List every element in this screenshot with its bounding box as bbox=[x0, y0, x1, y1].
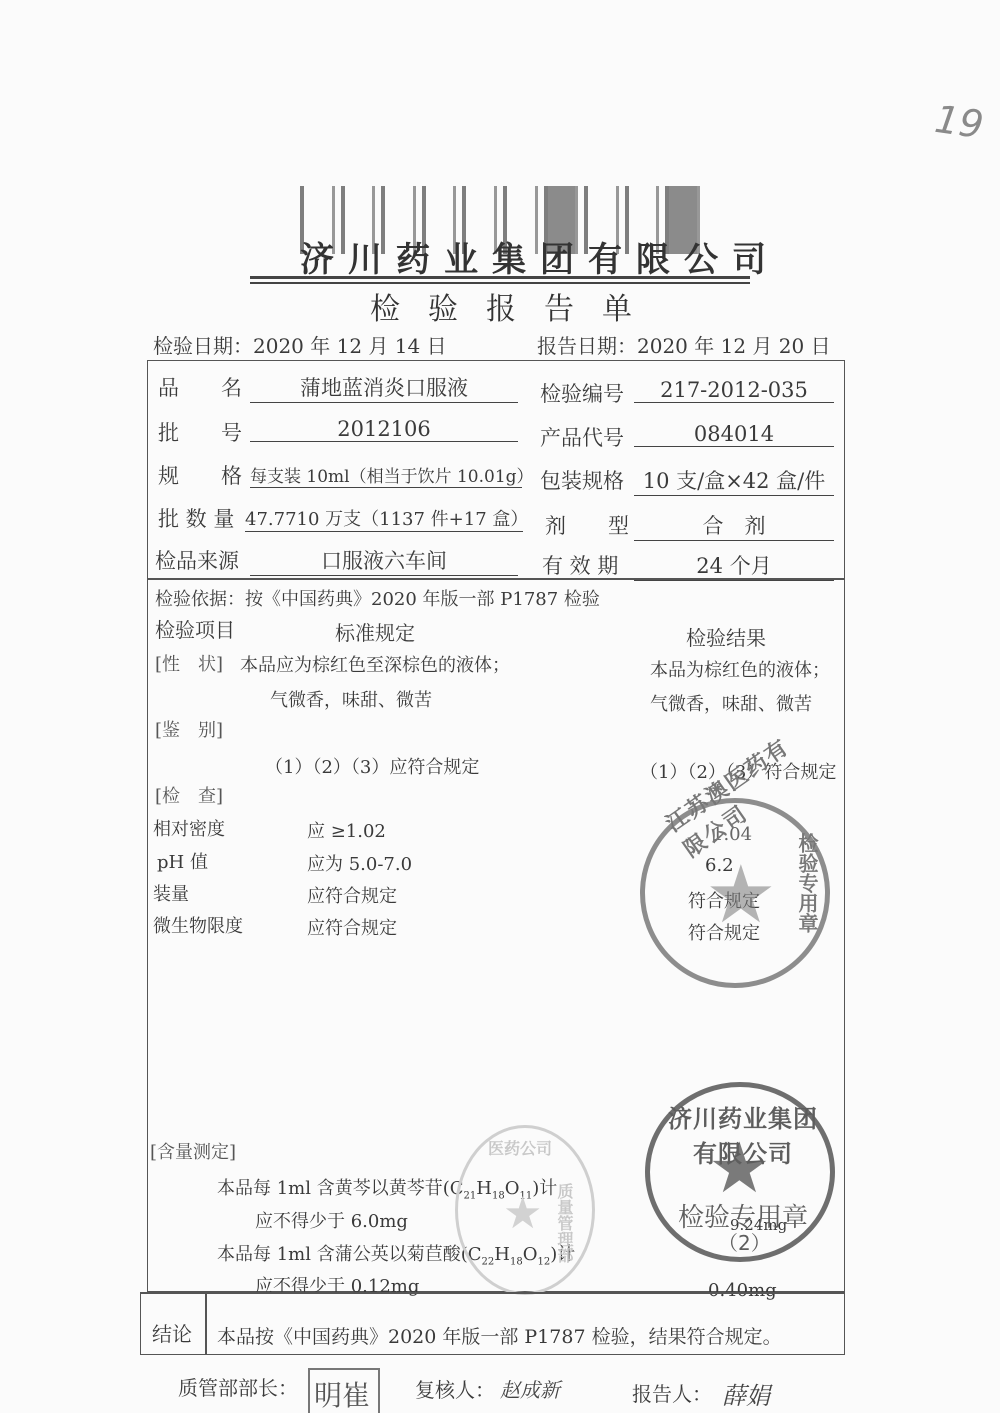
report-date-label: 报告日期： bbox=[537, 334, 637, 358]
sample-source-field: 口服液六车间 bbox=[250, 545, 518, 576]
column-header-standard: 标准规定 bbox=[335, 617, 415, 646]
exam-item-name: 相对密度 bbox=[153, 815, 225, 841]
company-name: 济川药业集团有限公司 bbox=[300, 232, 780, 281]
page-number: 19 bbox=[932, 97, 986, 147]
conclusion-label: 结论 bbox=[152, 1318, 192, 1347]
inspection-no-field: 217-2012-035 bbox=[634, 378, 834, 403]
star-icon: ★ bbox=[705, 848, 777, 941]
seal-outer-text: 济川药业集团有限公司 bbox=[668, 1099, 818, 1169]
report-date-value: 2020 年 12 月 20 日 bbox=[637, 334, 831, 358]
exam-item-name: 微生物限度 bbox=[153, 912, 243, 938]
conclusion-divider bbox=[205, 1292, 207, 1355]
dosage-form-label: 剂 型 bbox=[545, 510, 629, 540]
appearance-result-line1: 本品为棕红色的液体； bbox=[650, 656, 830, 682]
appearance-standard-line2: 气微香，味甜、微苦 bbox=[270, 686, 432, 712]
reporter-label: 报告人： bbox=[632, 1378, 712, 1407]
spec-label: 规 格 bbox=[158, 460, 242, 490]
title-rule bbox=[250, 276, 750, 279]
assay-item2-text: 本品每 1ml 含蒲公英以菊苣酸(C bbox=[217, 1244, 482, 1265]
exam-item-standard: 应 ≥1.02 bbox=[307, 817, 386, 843]
appearance-standard-line1: 本品应为棕红色至深棕色的液体； bbox=[240, 651, 510, 677]
dosage-form-field: 合 剂 bbox=[634, 510, 834, 541]
assay-label: [含量测定] bbox=[150, 1138, 236, 1164]
qa-department-seal: ★ 医药公司 质量管理部 bbox=[455, 1125, 595, 1295]
inspection-date-value: 2020 年 12 月 14 日 bbox=[253, 334, 447, 358]
qa-head-seal: 明崔 bbox=[308, 1368, 380, 1413]
packaging-field: 10 支/盒×42 盒/件 bbox=[634, 465, 834, 496]
assay-item1-line2: 应不得少于 6.0mg bbox=[255, 1207, 408, 1233]
spec-field: 每支装 10ml（相当于饮片 10.01g） bbox=[250, 462, 522, 488]
document-title: 检验报告单 bbox=[370, 284, 660, 328]
inspection-basis: 检验依据：按《中国药典》2020 年版一部 P1787 检验 bbox=[155, 585, 600, 611]
reviewer-label: 复核人： bbox=[415, 1374, 495, 1403]
batch-qty-field: 47.7710 万支（1137 件+17 盒） bbox=[245, 505, 523, 532]
column-header-item: 检验项目 bbox=[155, 614, 235, 643]
identification-standard: （1）（2）（3）应符合规定 bbox=[265, 753, 479, 779]
exam-item-name: pH 值 bbox=[157, 848, 208, 874]
examination-label: [检 查] bbox=[155, 782, 223, 808]
conclusion-text: 本品按《中国药典》2020 年版一部 P1787 检验，结果符合规定。 bbox=[217, 1322, 782, 1349]
product-code-field: 084014 bbox=[634, 422, 834, 447]
inspection-no-label: 检验编号 bbox=[540, 378, 624, 408]
column-header-result: 检验结果 bbox=[686, 622, 766, 651]
validity-label: 有 效 期 bbox=[542, 550, 618, 580]
inspection-date: 检验日期：2020 年 12 月 14 日 bbox=[153, 330, 447, 359]
inspection-seal-jiangsu: ★ 江苏澳医药有限公司 检验专用章 bbox=[640, 798, 830, 988]
validity-field: 24 个月 bbox=[634, 550, 834, 581]
star-icon: ★ bbox=[503, 1188, 542, 1239]
product-code-label: 产品代号 bbox=[540, 422, 624, 452]
assay-item1-text: 本品每 1ml 含黄芩以黄芩苷(C bbox=[217, 1178, 464, 1199]
exam-item-name: 装量 bbox=[153, 880, 189, 906]
appearance-result-line2: 气微香，味甜、微苦 bbox=[650, 690, 812, 716]
info-separator bbox=[147, 578, 845, 580]
exam-item-standard: 应为 5.0-7.0 bbox=[307, 850, 412, 876]
inspection-seal-jichuan: ★ 济川药业集团有限公司 检验专用章 （2） bbox=[645, 1082, 835, 1262]
batch-no-label: 批 号 bbox=[158, 417, 242, 447]
qa-head-label: 质管部部长： bbox=[178, 1372, 298, 1401]
exam-item-standard: 应符合规定 bbox=[307, 882, 397, 908]
product-name-field: 蒲地蓝消炎口服液 bbox=[250, 372, 518, 403]
sample-source-label: 检品来源 bbox=[155, 545, 239, 575]
report-date: 报告日期：2020 年 12 月 20 日 bbox=[537, 330, 831, 359]
seal-inner-text: 质量管理部 bbox=[553, 1183, 576, 1263]
identification-label: [鉴 别] bbox=[155, 716, 223, 742]
reviewer-signature: 赵成新 bbox=[500, 1374, 560, 1403]
packaging-label: 包装规格 bbox=[540, 465, 624, 495]
batch-qty-label: 批 数 量 bbox=[158, 503, 234, 533]
reporter-signature: 薛娟 bbox=[722, 1376, 770, 1411]
seal-number: （2） bbox=[718, 1227, 771, 1256]
appearance-label: [性 状] bbox=[155, 650, 223, 676]
inspection-date-label: 检验日期： bbox=[153, 334, 253, 358]
qa-head-seal-text: 明崔 bbox=[314, 1374, 370, 1413]
seal-inner-text: 检验专用章 bbox=[793, 833, 822, 933]
product-name-label: 品 名 bbox=[158, 372, 242, 402]
batch-no-field: 2012106 bbox=[250, 417, 518, 442]
exam-item-standard: 应符合规定 bbox=[307, 914, 397, 940]
seal-outer-text: 医药公司 bbox=[488, 1136, 552, 1159]
